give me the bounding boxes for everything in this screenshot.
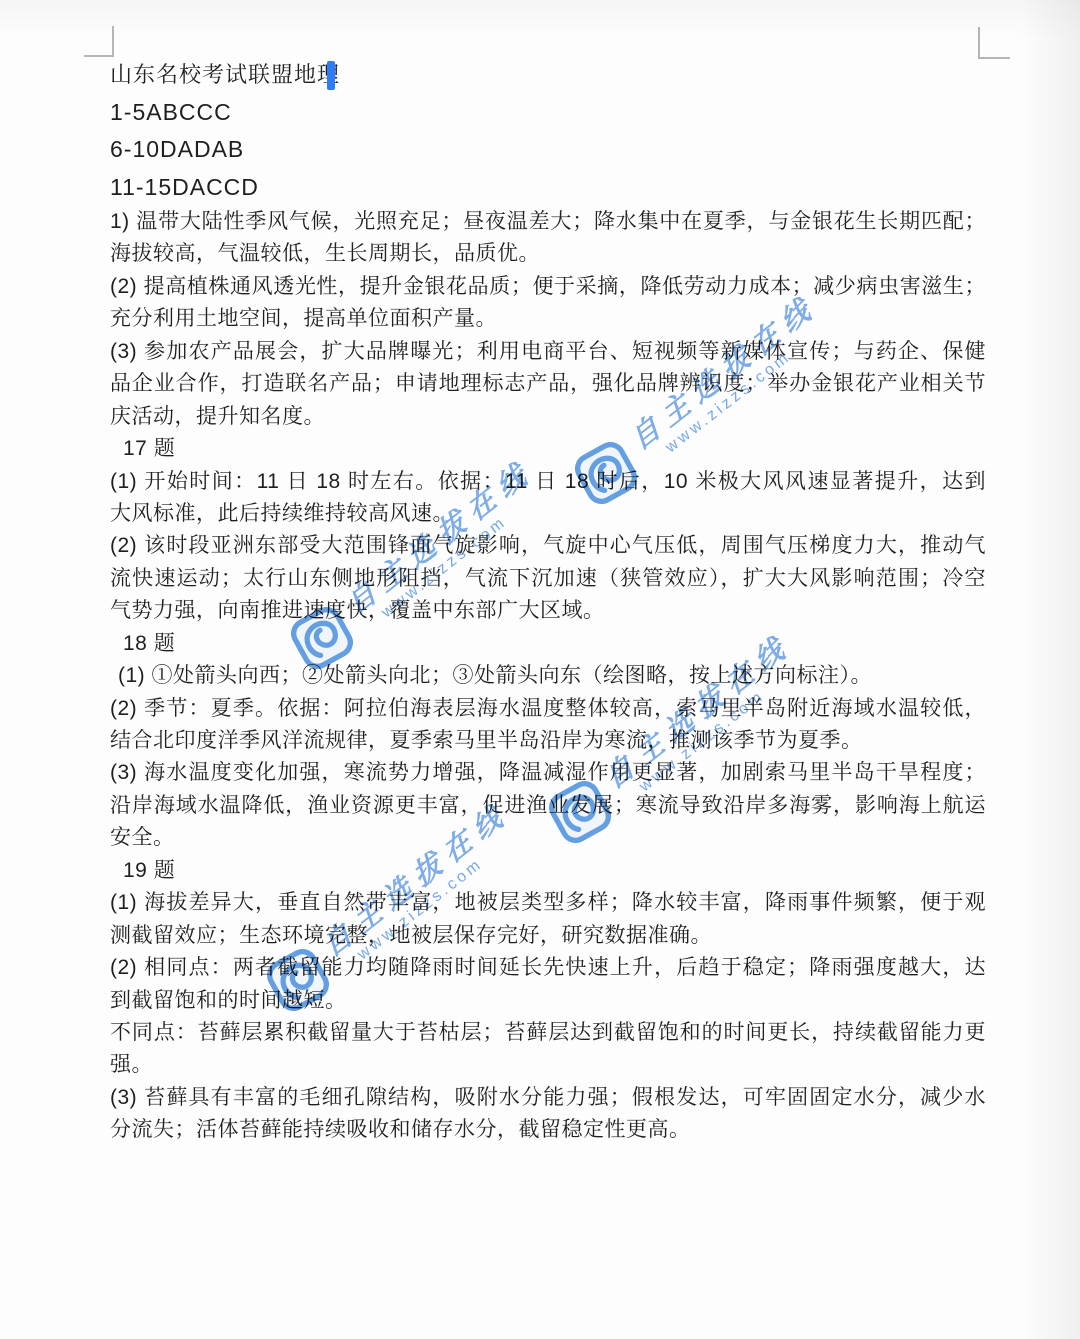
document-title: 山东名校考试联盟地理	[110, 56, 986, 94]
document-line: 沿岸海域水温降低，渔业资源更丰富，促进渔业发展；寒流导致沿岸多海雾，影响海上航运	[110, 790, 986, 822]
document-line: 品企业合作，打造联名产品；申请地理标志产品，强化品牌辨识度；举办金银花产业相关节	[110, 368, 986, 400]
document-line: 安全。	[110, 822, 986, 854]
document-line: (2) 季节：夏季。依据：阿拉伯海表层海水温度整体较高，索马里半岛附近海域水温较…	[110, 693, 986, 725]
answer-key-line: 11-15DACCD	[110, 169, 986, 207]
document-line: 充分利用土地空间，提高单位面积产量。	[110, 303, 986, 335]
document-line: (1) ①处箭头向西；②处箭头向北；③处箭头向东（绘图略，按上述方向标注）。	[110, 660, 986, 692]
document-line: 1) 温带大陆性季风气候，光照充足；昼夜温差大；降水集中在夏季，与金银花生长期匹…	[110, 206, 986, 238]
document-line: (1) 海拔差异大，垂直自然带丰富，地被层类型多样；降水较丰富，降雨事件频繁，便…	[110, 887, 986, 919]
document-line: (3) 参加农产品展会，扩大品牌曝光；利用电商平台、短视频等新媒体宣传；与药企、…	[110, 336, 986, 368]
answer-key-line: 6-10DADAB	[110, 131, 986, 169]
document-line: (2) 该时段亚洲东部受大范围锋面气旋影响，气旋中心气压低，周围气压梯度力大，推…	[110, 530, 986, 562]
document-line: 流快速运动；太行山东侧地形阻挡，气流下沉加速（狭管效应），扩大大风影响范围；冷空	[110, 563, 986, 595]
text-cursor	[327, 61, 335, 90]
document-line: 结合北印度洋季风洋流规律，夏季索马里半岛沿岸为寒流，推测该季节为夏季。	[110, 725, 986, 757]
document-line: 强。	[110, 1049, 986, 1081]
section-heading: 18 题	[110, 628, 986, 660]
page-margin-mark-top-left	[84, 26, 114, 57]
document-line: (2) 相同点：两者截留能力均随降雨时间延长先快速上升，后趋于稳定；降雨强度越大…	[110, 952, 986, 984]
document-line: (3) 海水温度变化加强，寒流势力增强，降温减湿作用更显著，加剧索马里半岛干旱程…	[110, 757, 986, 789]
document-line: (2) 提高植株通风透光性，提升金银花品质；便于采摘，降低劳动力成本；减少病虫害…	[110, 271, 986, 303]
document-line: 分流失；活体苔藓能持续吸收和储存水分，截留稳定性更高。	[110, 1114, 986, 1146]
document-line: 测截留效应；生态环境完整，地被层保存完好，研究数据准确。	[110, 920, 986, 952]
document-line: 到截留饱和的时间越短。	[110, 985, 986, 1017]
section-heading: 17 题	[110, 433, 986, 465]
document-line: 海拔较高，气温较低，生长周期长，品质优。	[110, 238, 986, 270]
document-line: 不同点：苔藓层累积截留量大于苔枯层；苔藓层达到截留饱和的时间更长，持续截留能力更	[110, 1017, 986, 1049]
document-line: (1) 开始时间：11 日 18 时左右。依据：11 日 18 时后，10 米极…	[110, 466, 986, 498]
answer-key-line: 1-5ABCCC	[110, 94, 986, 132]
document-lines: 山东名校考试联盟地理1-5ABCCC6-10DADAB11-15DACCD1) …	[110, 56, 986, 1147]
document-line: (3) 苔藓具有丰富的毛细孔隙结构，吸附水分能力强；假根发达，可牢固固定水分，减…	[110, 1082, 986, 1114]
section-heading: 19 题	[110, 855, 986, 887]
document-page: 山东名校考试联盟地理1-5ABCCC6-10DADAB11-15DACCD1) …	[0, 0, 1080, 1339]
document-line: 大风标准，此后持续维持较高风速。	[110, 498, 986, 530]
document-line: 庆活动，提升知名度。	[110, 401, 986, 433]
document-line: 气势力强，向南推进速度快，覆盖中东部广大区域。	[110, 595, 986, 627]
page-margin-mark-top-right	[978, 27, 1010, 59]
